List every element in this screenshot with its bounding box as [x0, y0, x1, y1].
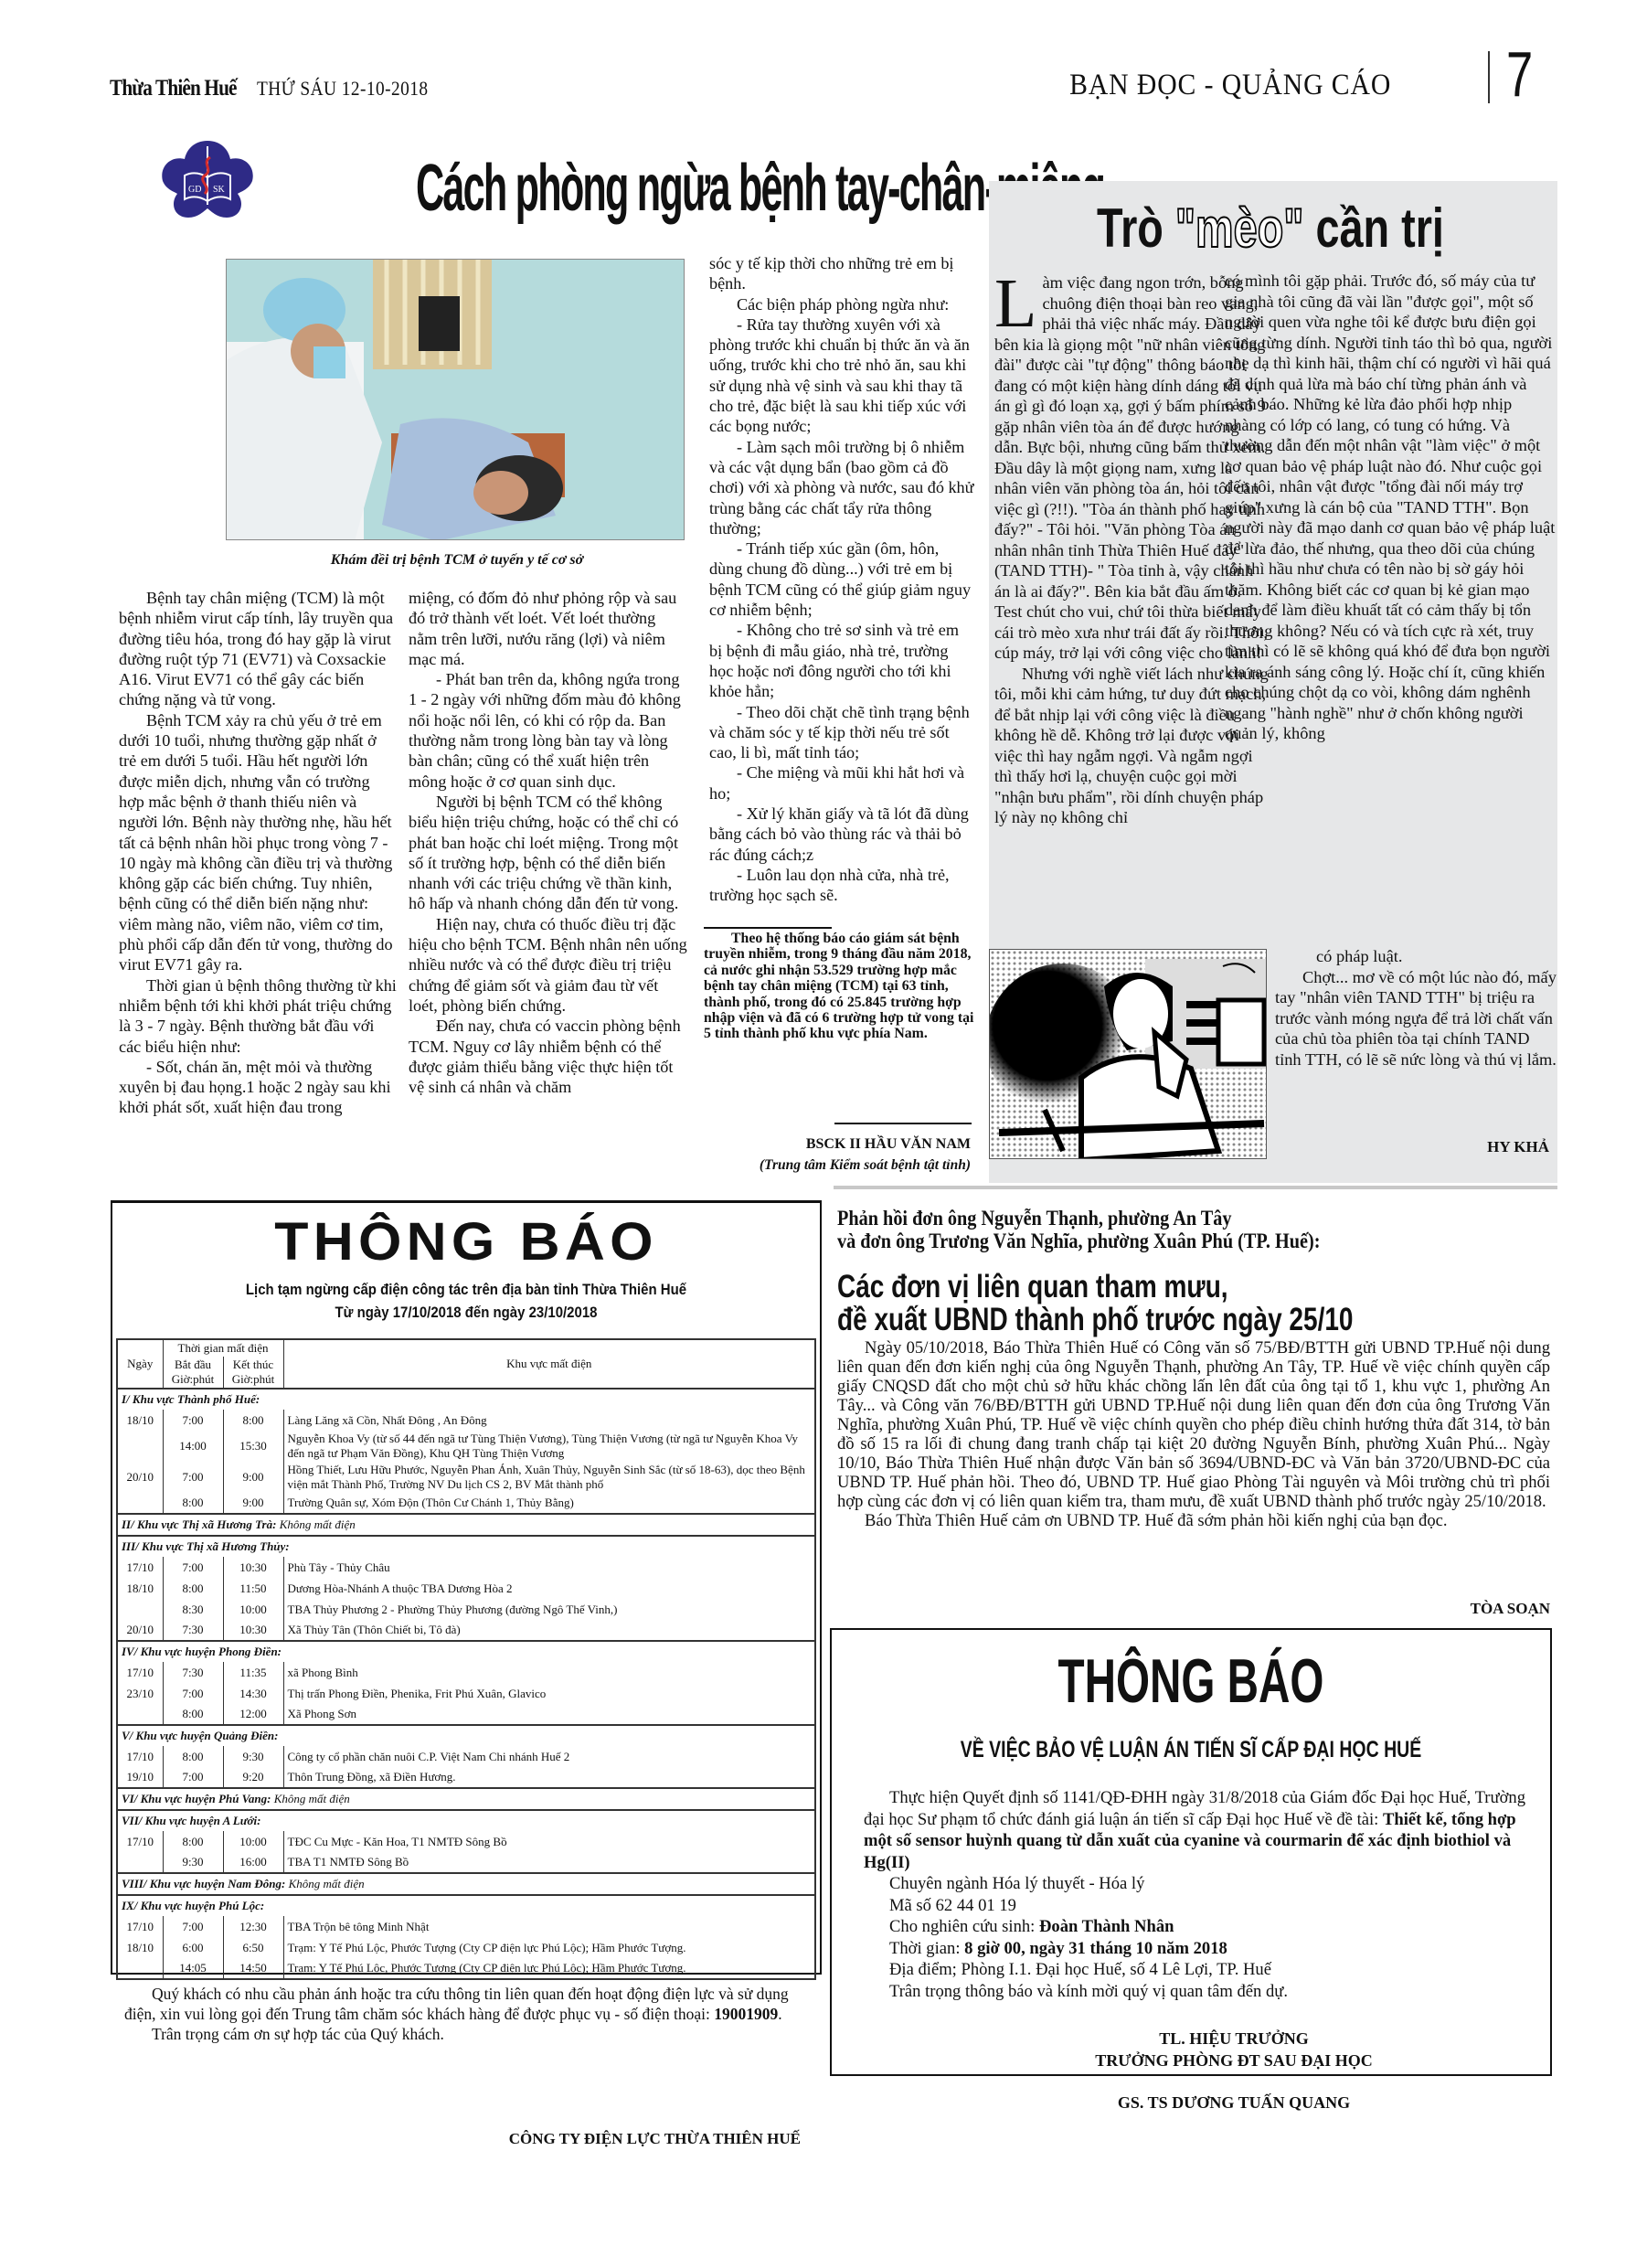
cell-area: Xã Thủy Tân (Thôn Chiết bi, Tô đà)	[283, 1620, 815, 1641]
table-row: 19/107:009:20Thôn Trung Đồng, xã Điền Hư…	[117, 1767, 815, 1788]
cell-end: 12:00	[223, 1704, 283, 1725]
cell-end: 6:50	[223, 1937, 283, 1958]
notice-footer: Quý khách có nhu cầu phản ánh hoặc tra c…	[124, 1984, 810, 2044]
cell-day: 18/10	[117, 1410, 163, 1431]
cell-day	[117, 1493, 163, 1514]
table-section-row: III/ Khu vực Thị xã Hương Thủy:	[117, 1536, 815, 1557]
list-item: - Luôn lau dọn nhà cửa, nhà trẻ, trường …	[709, 865, 974, 906]
cell-area: TBA Trộn bê tông Minh Nhật	[283, 1916, 815, 1937]
cell-end: 10:00	[223, 1831, 283, 1852]
table-row: 8:009:00Trường Quân sự, Xóm Độn (Thôn Cư…	[117, 1493, 815, 1514]
column-header-area: Khu vực mất điện	[283, 1339, 815, 1389]
cell-area: Trường Quân sự, Xóm Độn (Thôn Cư Chánh 1…	[283, 1493, 815, 1514]
cell-day	[117, 1958, 163, 1979]
list-item: - Xử lý khăn giấy và tã lót đã dùng bằng…	[709, 804, 974, 865]
notice-signature-name: GS. TS DƯƠNG TUẤN QUANG	[1042, 2093, 1426, 2113]
notice-signature-title: TL. HIỆU TRƯỞNG TRƯỞNG PHÒNG ĐT SAU ĐẠI …	[1042, 2028, 1426, 2071]
drop-cap: L	[994, 276, 1042, 331]
paragraph: Hiện nay, chưa có thuốc điều trị đặc hiệ…	[409, 914, 687, 1016]
table-row: 18/107:008:00Làng Lăng xã Cồn, Nhất Đông…	[117, 1410, 815, 1431]
table-row: 9:3016:00TBA T1 NMTĐ Sông Bồ	[117, 1852, 815, 1873]
cell-start: 6:00	[163, 1937, 223, 1958]
cell-area: Trạm: Y Tế Phú Lộc, Phước Tượng (Cty CP …	[283, 1958, 815, 1979]
cell-day: 18/10	[117, 1937, 163, 1958]
reply-article-body: Ngày 05/10/2018, Báo Thừa Thiên Huế có C…	[837, 1338, 1550, 1530]
cell-area: Xã Phong Sơn	[283, 1704, 815, 1725]
cell-day: 17/10	[117, 1662, 163, 1683]
divider	[834, 1186, 1557, 1189]
cell-day: 23/10	[117, 1683, 163, 1704]
notice-subtitle: VỀ VIỆC BẢO VỆ LUẬN ÁN TIẾN SĨ CẤP ĐẠI H…	[909, 1737, 1472, 1763]
health-education-logo-icon: GD SK	[157, 139, 258, 221]
cell-start: 7:30	[163, 1662, 223, 1683]
page-header-left: Thừa Thiên Huế THỨ SÁU 12-10-2018	[110, 76, 452, 101]
cell-end: 11:35	[223, 1662, 283, 1683]
table-row: 8:3010:00TBA Thủy Phương 2 - Phường Thủy…	[117, 1599, 815, 1620]
column-header-end: Kết thúc Giờ:phút	[223, 1357, 283, 1389]
table-body: I/ Khu vực Thành phố Huế:18/107:008:00Là…	[117, 1389, 815, 1979]
section-title: BẠN ĐỌC - QUẢNG CÁO	[1069, 69, 1391, 102]
cell-start: 7:00	[163, 1683, 223, 1704]
table-row: 17/108:009:30Công ty cổ phần chăn nuôi C…	[117, 1746, 815, 1767]
cell-end: 9:00	[223, 1462, 283, 1493]
paragraph: Các biện pháp phòng ngừa như:	[709, 294, 974, 314]
cell-area: Hồng Thiết, Lưu Hữu Phước, Nguyễn Phan Á…	[283, 1462, 815, 1493]
column-header-start: Bắt đầu Giờ:phút	[163, 1357, 223, 1389]
column-header-time: Thời gian mất điện	[163, 1339, 283, 1357]
header-divider	[1488, 51, 1490, 103]
cell-area: TĐC Cu Mực - Kăn Hoa, T1 NMTĐ Sông Bồ	[283, 1831, 815, 1852]
table-section-row: II/ Khu vực Thị xã Hương Trà: Không mất …	[117, 1514, 815, 1536]
article-signature: TÒA SOẠN	[837, 1600, 1550, 1618]
list-item: - Rửa tay thường xuyên với xà phòng trướ…	[709, 314, 974, 437]
cell-day: 17/10	[117, 1557, 163, 1578]
cell-day: 18/10	[117, 1578, 163, 1599]
cell-area: Thôn Trung Đồng, xã Điền Hương.	[283, 1767, 815, 1788]
table-section-row: VII/ Khu vực huyện A Lưới:	[117, 1810, 815, 1831]
cell-start: 9:30	[163, 1852, 223, 1873]
notice-subtitle: Lịch tạm ngừng cấp điện công tác trên đị…	[154, 1278, 780, 1324]
candidate-name: Đoàn Thành Nhân	[1039, 1917, 1174, 1936]
svg-text:SK: SK	[213, 185, 226, 195]
cell-day	[117, 1852, 163, 1873]
list-item: - Theo dõi chặt chẽ tình trạng bệnh và c…	[709, 702, 974, 763]
table-row: 18/106:006:50Trạm: Y Tế Phú Lộc, Phước T…	[117, 1937, 815, 1958]
cell-day: 19/10	[117, 1767, 163, 1788]
table-row: 23/107:0014:30Thị trấn Phong Điền, Pheni…	[117, 1683, 815, 1704]
table-section-row: IV/ Khu vực huyện Phong Điền:	[117, 1641, 815, 1662]
cell-start: 7:00	[163, 1916, 223, 1937]
cell-end: 16:00	[223, 1852, 283, 1873]
cell-area: Dương Hòa-Nhánh A thuộc TBA Dương Hòa 2	[283, 1578, 815, 1599]
table-row: 20/107:3010:30Xã Thủy Tân (Thôn Chiết bi…	[117, 1620, 815, 1641]
table-row: 17/107:0012:30TBA Trộn bê tông Minh Nhật	[117, 1916, 815, 1937]
article-title-reply: Các đơn vị liên quan tham mưu, đề xuất U…	[837, 1271, 1422, 1336]
cell-day: 17/10	[117, 1916, 163, 1937]
table-row: 18/108:0011:50Dương Hòa-Nhánh A thuộc TB…	[117, 1578, 815, 1599]
cell-start: 8:00	[163, 1704, 223, 1725]
table-row: 20/107:009:00Hồng Thiết, Lưu Hữu Phước, …	[117, 1462, 815, 1493]
cell-end: 12:30	[223, 1916, 283, 1937]
page-number: 7	[1506, 42, 1533, 106]
author-byline: BSCK II HẦU VĂN NAM	[704, 1136, 971, 1153]
cell-day	[117, 1431, 163, 1462]
list-item: - Tránh tiếp xúc gần (ôm, hôn, dùng chun…	[709, 538, 974, 620]
cell-end: 14:50	[223, 1958, 283, 1979]
cell-area: Làng Lăng xã Cồn, Nhất Đông , An Đông	[283, 1410, 815, 1431]
cell-day	[117, 1704, 163, 1725]
author-organization: (Trung tâm Kiểm soát bệnh tật tỉnh)	[704, 1157, 971, 1174]
newspaper-name: Thừa Thiên Huế	[110, 76, 237, 101]
cell-end: 9:30	[223, 1746, 283, 1767]
scam-article-column-2: có mình tôi gặp phải. Trước đó, số máy c…	[1225, 271, 1556, 744]
divider	[704, 927, 832, 929]
doctor-examining-child-photo	[226, 259, 685, 540]
table-row: 14:0015:30Nguyễn Khoa Vy (từ số 44 đến n…	[117, 1431, 815, 1462]
cell-end: 15:30	[223, 1431, 283, 1462]
power-outage-schedule-table: Ngày Thời gian mất điện Khu vực mất điện…	[116, 1338, 816, 1980]
health-article-column-1: Bệnh tay chân miệng (TCM) là một bệnh nh…	[119, 588, 398, 1118]
cell-area: xã Phong Bình	[283, 1662, 815, 1683]
cell-end: 11:50	[223, 1578, 283, 1599]
list-item: - Không cho trẻ sơ sinh và trẻ em bị bện…	[709, 620, 974, 701]
cell-start: 8:30	[163, 1599, 223, 1620]
cell-end: 8:00	[223, 1410, 283, 1431]
man-on-phone-cartoon	[989, 949, 1267, 1159]
notice-title: THÔNG BÁO	[939, 1650, 1444, 1712]
paragraph: Thời gian ủ bệnh thông thường từ khi nhi…	[119, 975, 398, 1057]
notice-title: THÔNG BÁO	[93, 1211, 840, 1272]
table-row: 17/108:0010:00TĐC Cu Mực - Kăn Hoa, T1 N…	[117, 1831, 815, 1852]
cell-start: 14:05	[163, 1958, 223, 1979]
scam-article-ending: có pháp luật. Chợt... mơ về có một lúc n…	[1275, 946, 1557, 1070]
cell-start: 8:00	[163, 1746, 223, 1767]
cell-end: 10:30	[223, 1620, 283, 1641]
cell-area: Thị trấn Phong Điền, Phenika, Frit Phú X…	[283, 1683, 815, 1704]
paragraph: Đến nay, chưa có vaccin phòng bệnh TCM. …	[409, 1016, 687, 1097]
defense-time: 8 giờ 00, ngày 31 tháng 10 năm 2018	[964, 1939, 1227, 1958]
cell-end: 10:00	[223, 1599, 283, 1620]
cell-area: Phù Tây - Thủy Châu	[283, 1557, 815, 1578]
divider	[834, 1123, 972, 1124]
cell-day: 20/10	[117, 1620, 163, 1641]
hotline-number: 19001909	[714, 2005, 778, 2023]
table-row: 14:0514:50Trạm: Y Tế Phú Lộc, Phước Tượn…	[117, 1958, 815, 1979]
paragraph: sóc y tế kịp thời cho những trẻ em bị bệ…	[709, 253, 974, 294]
cell-start: 8:00	[163, 1578, 223, 1599]
cell-day	[117, 1599, 163, 1620]
cell-start: 14:00	[163, 1431, 223, 1462]
cell-start: 7:00	[163, 1557, 223, 1578]
notice-signature: CÔNG TY ĐIỆN LỰC THỪA THIÊN HUẾ	[124, 2130, 801, 2148]
table-row: 8:0012:00Xã Phong Sơn	[117, 1704, 815, 1725]
cell-area: TBA T1 NMTĐ Sông Bồ	[283, 1852, 815, 1873]
issue-date: THỨ SÁU 12-10-2018	[257, 77, 428, 101]
cell-area: Trạm: Y Tế Phú Lộc, Phước Tượng (Cty CP …	[283, 1937, 815, 1958]
svg-text:GD: GD	[188, 185, 201, 195]
cell-area: Công ty cổ phần chăn nuôi C.P. Việt Nam …	[283, 1746, 815, 1767]
health-article-column-2: miệng, có đốm đỏ như phỏng rộp và sau đó…	[409, 588, 687, 1097]
cell-area: Nguyễn Khoa Vy (từ số 44 đến ngã tư Tùng…	[283, 1431, 815, 1462]
thesis-notice-body: Thực hiện Quyết định số 1141/QĐ-ĐHH ngày…	[864, 1787, 1531, 2002]
cell-end: 9:00	[223, 1493, 283, 1514]
cell-start: 8:00	[163, 1831, 223, 1852]
table-section-row: IX/ Khu vực huyện Phú Lộc:	[117, 1895, 815, 1916]
article-title-scam: Trò "mèo" cần trị	[1049, 201, 1492, 256]
cell-end: 10:30	[223, 1557, 283, 1578]
column-header-day: Ngày	[117, 1339, 163, 1389]
cell-area: TBA Thủy Phương 2 - Phường Thủy Phương (…	[283, 1599, 815, 1620]
table-row: 17/107:3011:35xã Phong Bình	[117, 1662, 815, 1683]
cell-day: 20/10	[117, 1462, 163, 1493]
paragraph: miệng, có đốm đỏ như phỏng rộp và sau đó…	[409, 588, 687, 669]
statistics-note: Theo hệ thống báo cáo giám sát bệnh truy…	[704, 931, 978, 1042]
paragraph: Bệnh tay chân miệng (TCM) là một bệnh nh…	[119, 588, 398, 710]
cell-day: 17/10	[117, 1746, 163, 1767]
table-section-row: V/ Khu vực huyện Quảng Điền:	[117, 1725, 815, 1746]
list-item: - Làm sạch môi trường bị ô nhiễm và các …	[709, 437, 974, 538]
cell-day: 17/10	[117, 1831, 163, 1852]
list-item: - Che miệng và mũi khi hắt hơi và ho;	[709, 762, 974, 804]
paragraph: - Phát ban trên da, không ngứa trong 1 -…	[409, 669, 687, 792]
cell-start: 7:30	[163, 1620, 223, 1641]
photo-caption: Khám đềi trị bệnh TCM ở tuyến y tế cơ sở	[228, 552, 685, 569]
health-article-column-3: sóc y tế kịp thời cho những trẻ em bị bệ…	[709, 253, 974, 906]
cell-end: 9:20	[223, 1767, 283, 1788]
paragraph: - Sốt, chán ăn, mệt mỏi và thường xuyên …	[119, 1057, 398, 1118]
cell-start: 7:00	[163, 1462, 223, 1493]
table-row: 17/107:0010:30Phù Tây - Thủy Châu	[117, 1557, 815, 1578]
cell-start: 7:00	[163, 1410, 223, 1431]
cell-end: 14:30	[223, 1683, 283, 1704]
paragraph: Bệnh TCM xảy ra chủ yếu ở trẻ em dưới 10…	[119, 710, 398, 975]
table-section-row: VI/ Khu vực huyện Phú Vang: Không mất đi…	[117, 1788, 815, 1810]
author-byline: HY KHẢ	[1275, 1138, 1549, 1156]
cell-start: 7:00	[163, 1767, 223, 1788]
article-kicker: Phản hồi đơn ông Nguyễn Thạnh, phường An…	[837, 1207, 1464, 1252]
paragraph: Người bị bệnh TCM có thể không biểu hiện…	[409, 792, 687, 914]
cell-start: 8:00	[163, 1493, 223, 1514]
table-section-row: VIII/ Khu vực huyện Nam Đông: Không mất …	[117, 1873, 815, 1895]
table-section-row: I/ Khu vực Thành phố Huế:	[117, 1389, 815, 1410]
